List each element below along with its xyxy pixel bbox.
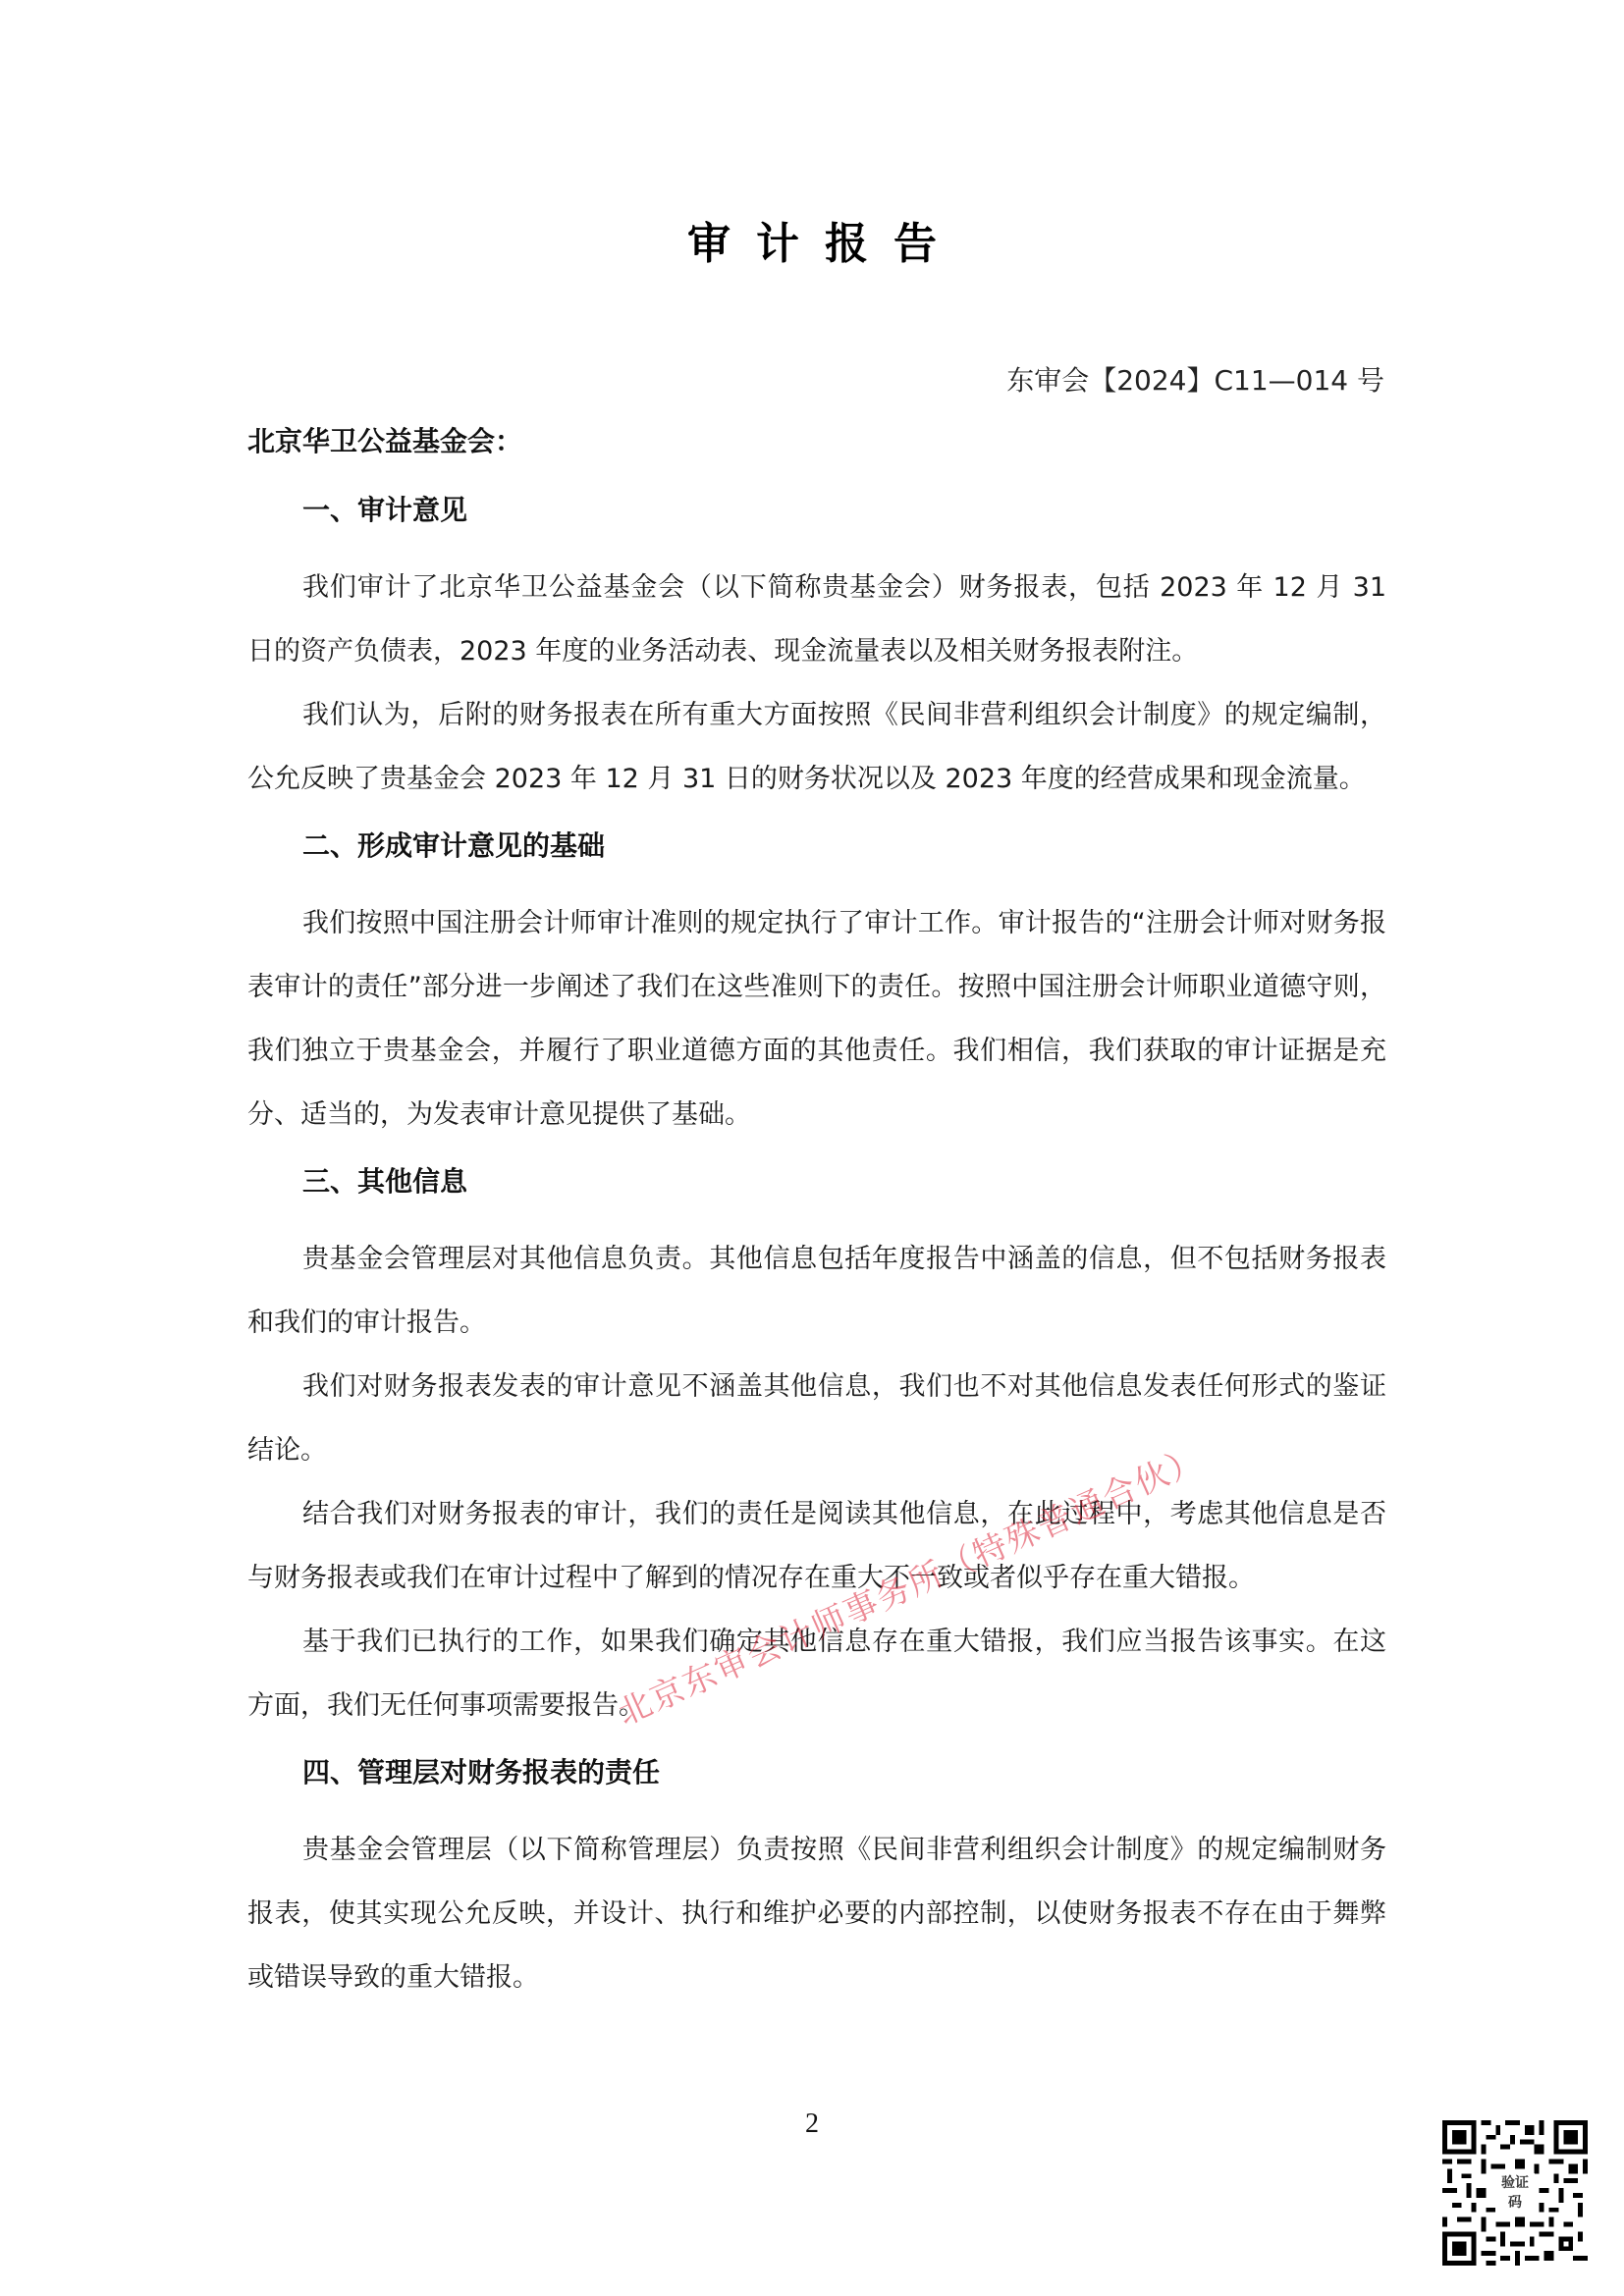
paragraph: 我们审计了北京华卫公益基金会（以下简称贵基金会）财务报表，包括 2023 年 1… (247, 556, 1386, 683)
document-page: 审计报告 东审会【2024】C11—014 号 北京华卫公益基金会： 一、审计意… (0, 0, 1624, 2296)
report-body: 北京华卫公益基金会： 一、审计意见 我们审计了北京华卫公益基金会（以下简称贵基金… (247, 422, 1386, 2009)
section-heading-basis-for-opinion: 二、形成审计意见的基础 (247, 827, 1386, 866)
paragraph: 我们按照中国注册会计师审计准则的规定执行了审计工作。审计报告的“注册会计师对财务… (247, 891, 1386, 1147)
section-heading-other-information: 三、其他信息 (247, 1162, 1386, 1201)
addressee: 北京华卫公益基金会： (247, 422, 1386, 461)
paragraph: 结合我们对财务报表的审计，我们的责任是阅读其他信息，在此过程中，考虑其他信息是否… (247, 1482, 1386, 1610)
paragraph: 贵基金会管理层（以下简称管理层）负责按照《民间非营利组织会计制度》的规定编制财务… (247, 1818, 1386, 2009)
report-title: 审计报告 (0, 208, 1624, 271)
section-heading-management-responsibility: 四、管理层对财务报表的责任 (247, 1753, 1386, 1792)
paragraph: 我们对财务报表发表的审计意见不涵盖其他信息，我们也不对其他信息发表任何形式的鉴证… (247, 1355, 1386, 1482)
paragraph: 我们认为，后附的财务报表在所有重大方面按照《民间非营利组织会计制度》的规定编制，… (247, 683, 1386, 811)
qr-verification-label: 验证码 (1495, 2173, 1535, 2213)
verification-qr-code[interactable]: 验证码 (1441, 2120, 1589, 2266)
document-number: 东审会【2024】C11—014 号 (1006, 359, 1384, 399)
section-heading-audit-opinion: 一、审计意见 (247, 491, 1386, 530)
paragraph: 基于我们已执行的工作，如果我们确定其他信息存在重大错报，我们应当报告该事实。在这… (247, 1610, 1386, 1737)
paragraph: 贵基金会管理层对其他信息负责。其他信息包括年度报告中涵盖的信息，但不包括财务报表… (247, 1227, 1386, 1355)
page-number: 2 (0, 2109, 1624, 2140)
